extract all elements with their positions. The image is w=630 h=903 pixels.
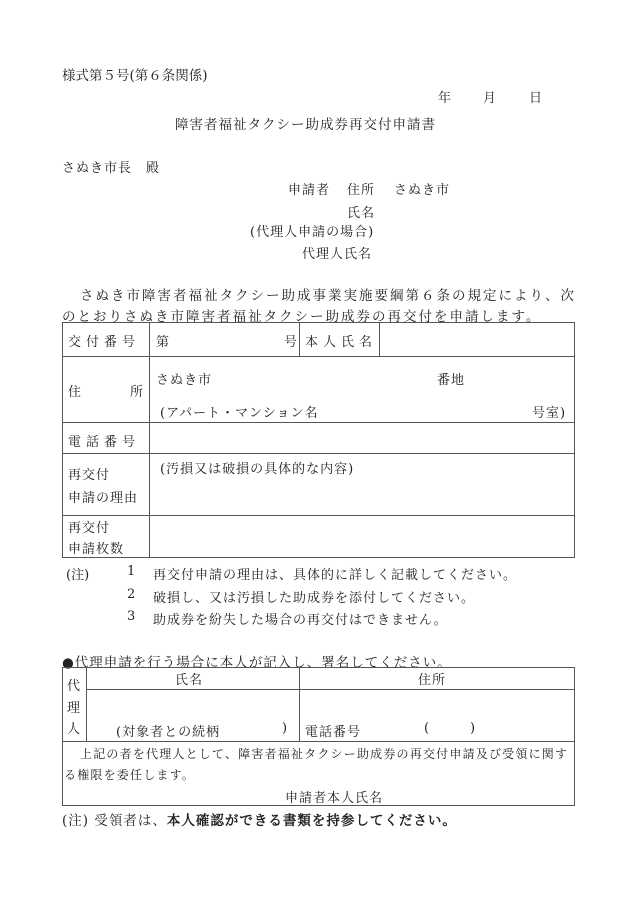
signature-input[interactable] xyxy=(390,784,570,804)
proxy-phone-label: 電話番号 xyxy=(305,721,361,740)
footer-note-prefix: (注) 受領者は、 xyxy=(62,813,167,829)
address-room-label: 号室) xyxy=(532,402,566,421)
note-2-text: 破損し、又は汚損した助成券を添付してください。 xyxy=(153,587,475,606)
addressee: さぬき市長 殿 xyxy=(62,157,160,176)
relationship-input[interactable] xyxy=(228,718,278,738)
date-day-label: 日 xyxy=(529,87,542,106)
form-number: 様式第５号(第６条関係) xyxy=(62,64,208,84)
issue-number-prefix: 第 xyxy=(156,331,169,350)
proxy-phone-paren-close: ) xyxy=(470,721,475,736)
count-label-line-1: 再交付 xyxy=(68,517,110,536)
proxy-address-header: 住所 xyxy=(418,669,446,688)
person-name-input[interactable] xyxy=(382,325,572,353)
note-2-number: 2 xyxy=(127,587,135,602)
phone-input[interactable] xyxy=(152,425,572,451)
proxy-name-label: 代理人氏名 xyxy=(302,243,372,262)
note-1-number: 1 xyxy=(127,564,135,579)
phone-label: 電話番号 xyxy=(68,431,140,450)
address-apartment-label: (アパート・マンション名 xyxy=(160,402,318,421)
applicant-address-value: さぬき市 xyxy=(394,179,450,198)
address-banchi: 番地 xyxy=(437,369,465,388)
applicant-name-label: 氏名 xyxy=(347,202,375,221)
issue-number-label: 交付番号 xyxy=(68,331,140,350)
note-1-text: 再交付申請の理由は、具体的に詳しく記載してください。 xyxy=(153,564,517,583)
issue-number-suffix: 号 xyxy=(284,331,297,350)
delegation-line-1: 上記の者を代理人として、障害者福祉タクシー助成券の再交付申請及び受領に関す xyxy=(80,745,568,762)
reason-input[interactable] xyxy=(152,475,572,513)
note-3-number: 3 xyxy=(127,609,135,624)
proxy-person-address-input[interactable] xyxy=(302,692,572,716)
signature-label: 申請者本人氏名 xyxy=(285,787,383,806)
notes-prefix: (注) xyxy=(66,564,89,583)
proxy-note: (代理人申請の場合) xyxy=(250,221,374,240)
applicant-address-label: 住所 xyxy=(347,179,375,198)
delegation-line-2: る権限を委任します。 xyxy=(64,766,195,783)
footer-note: (注) 受領者は、本人確認ができる書類を持参してください。 xyxy=(62,809,457,829)
address-label-2: 所 xyxy=(130,381,143,400)
applicant-address-input[interactable] xyxy=(450,176,570,196)
relationship-label: (対象者との続柄 xyxy=(116,721,220,740)
reason-label-line-1: 再交付 xyxy=(68,464,110,483)
count-input[interactable] xyxy=(152,518,572,556)
person-name-label: 本人氏名 xyxy=(305,331,377,350)
date-year-label: 年 xyxy=(438,87,451,106)
proxy-person-name-input[interactable] xyxy=(89,692,297,716)
issue-number-input[interactable] xyxy=(175,326,280,352)
note-3-text: 助成券を紛失した場合の再交付はできません。 xyxy=(153,609,448,628)
address-street-input[interactable] xyxy=(215,364,405,386)
relationship-close: ) xyxy=(282,721,287,736)
proxy-side-label-1: 代 xyxy=(67,675,80,694)
intro-line-1: さぬき市障害者福祉タクシー助成事業実施要綱第６条の規定により、次 xyxy=(80,284,576,304)
reason-label-line-2: 申請の理由 xyxy=(68,487,138,506)
address-label-1: 住 xyxy=(68,381,81,400)
page-title: 障害者福祉タクシー助成券再交付申請書 xyxy=(175,113,436,133)
footer-note-emphasis: 本人確認ができる書類を持参してください。 xyxy=(167,813,457,829)
date-month-label: 月 xyxy=(483,87,496,106)
address-apartment-input[interactable] xyxy=(340,398,525,420)
applicant-label: 申請者 xyxy=(288,179,330,198)
address-city: さぬき市 xyxy=(156,369,212,388)
proxy-side-label-2: 理 xyxy=(67,697,80,716)
proxy-name-header: 氏名 xyxy=(175,669,203,688)
proxy-side-label-3: 人 xyxy=(67,718,80,737)
applicant-name-input[interactable] xyxy=(380,199,570,219)
proxy-name-input[interactable] xyxy=(380,240,570,260)
count-label-line-2: 申請枚数 xyxy=(68,538,124,557)
